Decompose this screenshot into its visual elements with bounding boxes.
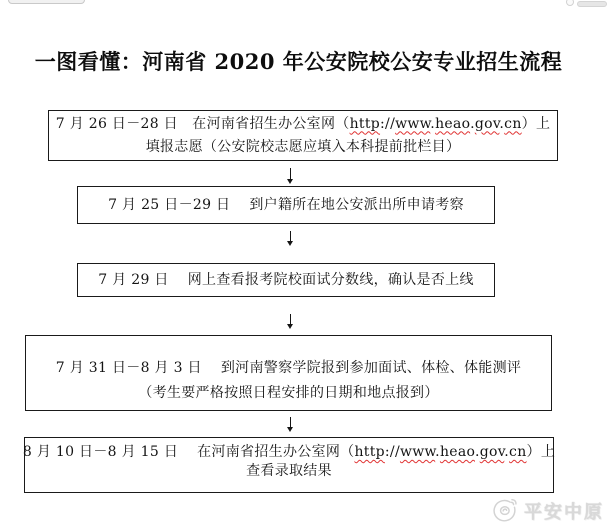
text-segment: （考生要严格按照日程安排的日期和地点报到） (138, 385, 438, 401)
watermark-text: 平安中原 (524, 498, 604, 524)
text-segment: 填报志愿（公安院校志愿应填入本科提前批栏目） (146, 139, 461, 155)
flow-step-1-line-1: 7 月 26 日－28 日 在河南省招生办公室网（http://www.heao… (56, 113, 551, 136)
text-segment: :// (380, 116, 395, 132)
spellcheck-flagged-word: heao (435, 116, 470, 132)
down-arrow-4 (290, 417, 291, 427)
flow-step-1-line-2: 填报志愿（公安院校志愿应填入本科提前批栏目） (146, 136, 461, 159)
down-arrow-3 (290, 314, 291, 324)
spellcheck-flagged-word: gov (475, 116, 500, 132)
window-artifact-top-right-bar (577, 1, 607, 7)
spellcheck-flagged-word: www (400, 444, 435, 460)
text-segment: 7 月 26 日－28 日 在河南省招生办公室网（ (56, 116, 350, 132)
spellcheck-flagged-word: http (354, 444, 384, 460)
spellcheck-flagged-word: www (395, 116, 430, 132)
page-title: 一图看懂：河南省 2020 年公安院校公安专业招生流程 (0, 46, 597, 76)
spellcheck-flagged-word: cn (509, 444, 526, 460)
flow-step-4-line-2: （考生要严格按照日程安排的日期和地点报到） (138, 381, 438, 406)
down-arrow-1 (290, 168, 291, 179)
spellcheck-flagged-word: gov (480, 444, 505, 460)
flow-step-2-line-1: 7 月 25 日－29 日 到户籍所在地公安派出所申请考察 (108, 195, 464, 215)
text-segment: ）上 (527, 444, 556, 460)
text-segment: 7 月 29 日 网上查看报考院校面试分数线，确认是否上线 (98, 272, 474, 288)
text-segment: ）上 (522, 116, 551, 132)
spellcheck-flagged-word: http (350, 116, 380, 132)
window-artifact-top-left (8, 0, 85, 4)
text-segment: 查看录取结果 (246, 463, 332, 479)
text-segment: 7 月 31 日－8 月 3 日 到河南警察学院报到参加面试、体检、体能测评 (56, 360, 521, 376)
flow-step-4-line-1: 7 月 31 日－8 月 3 日 到河南警察学院报到参加面试、体检、体能测评 (56, 356, 521, 381)
down-arrow-2 (290, 231, 291, 241)
text-segment: 8 月 10 日－8 月 15 日 在河南省招生办公室网（ (23, 444, 355, 460)
flow-step-2-box: 7 月 25 日－29 日 到户籍所在地公安派出所申请考察 (77, 186, 495, 224)
flow-step-5-line-1: 8 月 10 日－8 月 15 日 在河南省招生办公室网（http://www.… (23, 443, 555, 462)
text-segment: 7 月 25 日－29 日 到户籍所在地公安派出所申请考察 (108, 197, 464, 213)
spellcheck-flagged-word: cn (504, 116, 521, 132)
flow-step-3-box: 7 月 29 日 网上查看报考院校面试分数线，确认是否上线 (77, 263, 495, 297)
flow-step-1-box: 7 月 26 日－28 日 在河南省招生办公室网（http://www.heao… (48, 110, 558, 161)
weibo-logo-icon (491, 497, 519, 525)
flow-step-5-box: 8 月 10 日－8 月 15 日 在河南省招生办公室网（http://www.… (24, 437, 554, 493)
document-page: 一图看懂：河南省 2020 年公安院校公安专业招生流程 7 月 26 日－28 … (0, 0, 607, 531)
flow-step-4-box: 7 月 31 日－8 月 3 日 到河南警察学院报到参加面试、体检、体能测评 （… (25, 335, 552, 411)
watermark: 平安中原 (491, 497, 604, 525)
spellcheck-flagged-word: heao (440, 444, 475, 460)
flow-step-5-line-2: 查看录取结果 (246, 462, 332, 481)
window-artifact-top-right-dot (566, 0, 574, 6)
flow-step-3-line-1: 7 月 29 日 网上查看报考院校面试分数线，确认是否上线 (98, 270, 474, 290)
text-segment: :// (385, 444, 400, 460)
